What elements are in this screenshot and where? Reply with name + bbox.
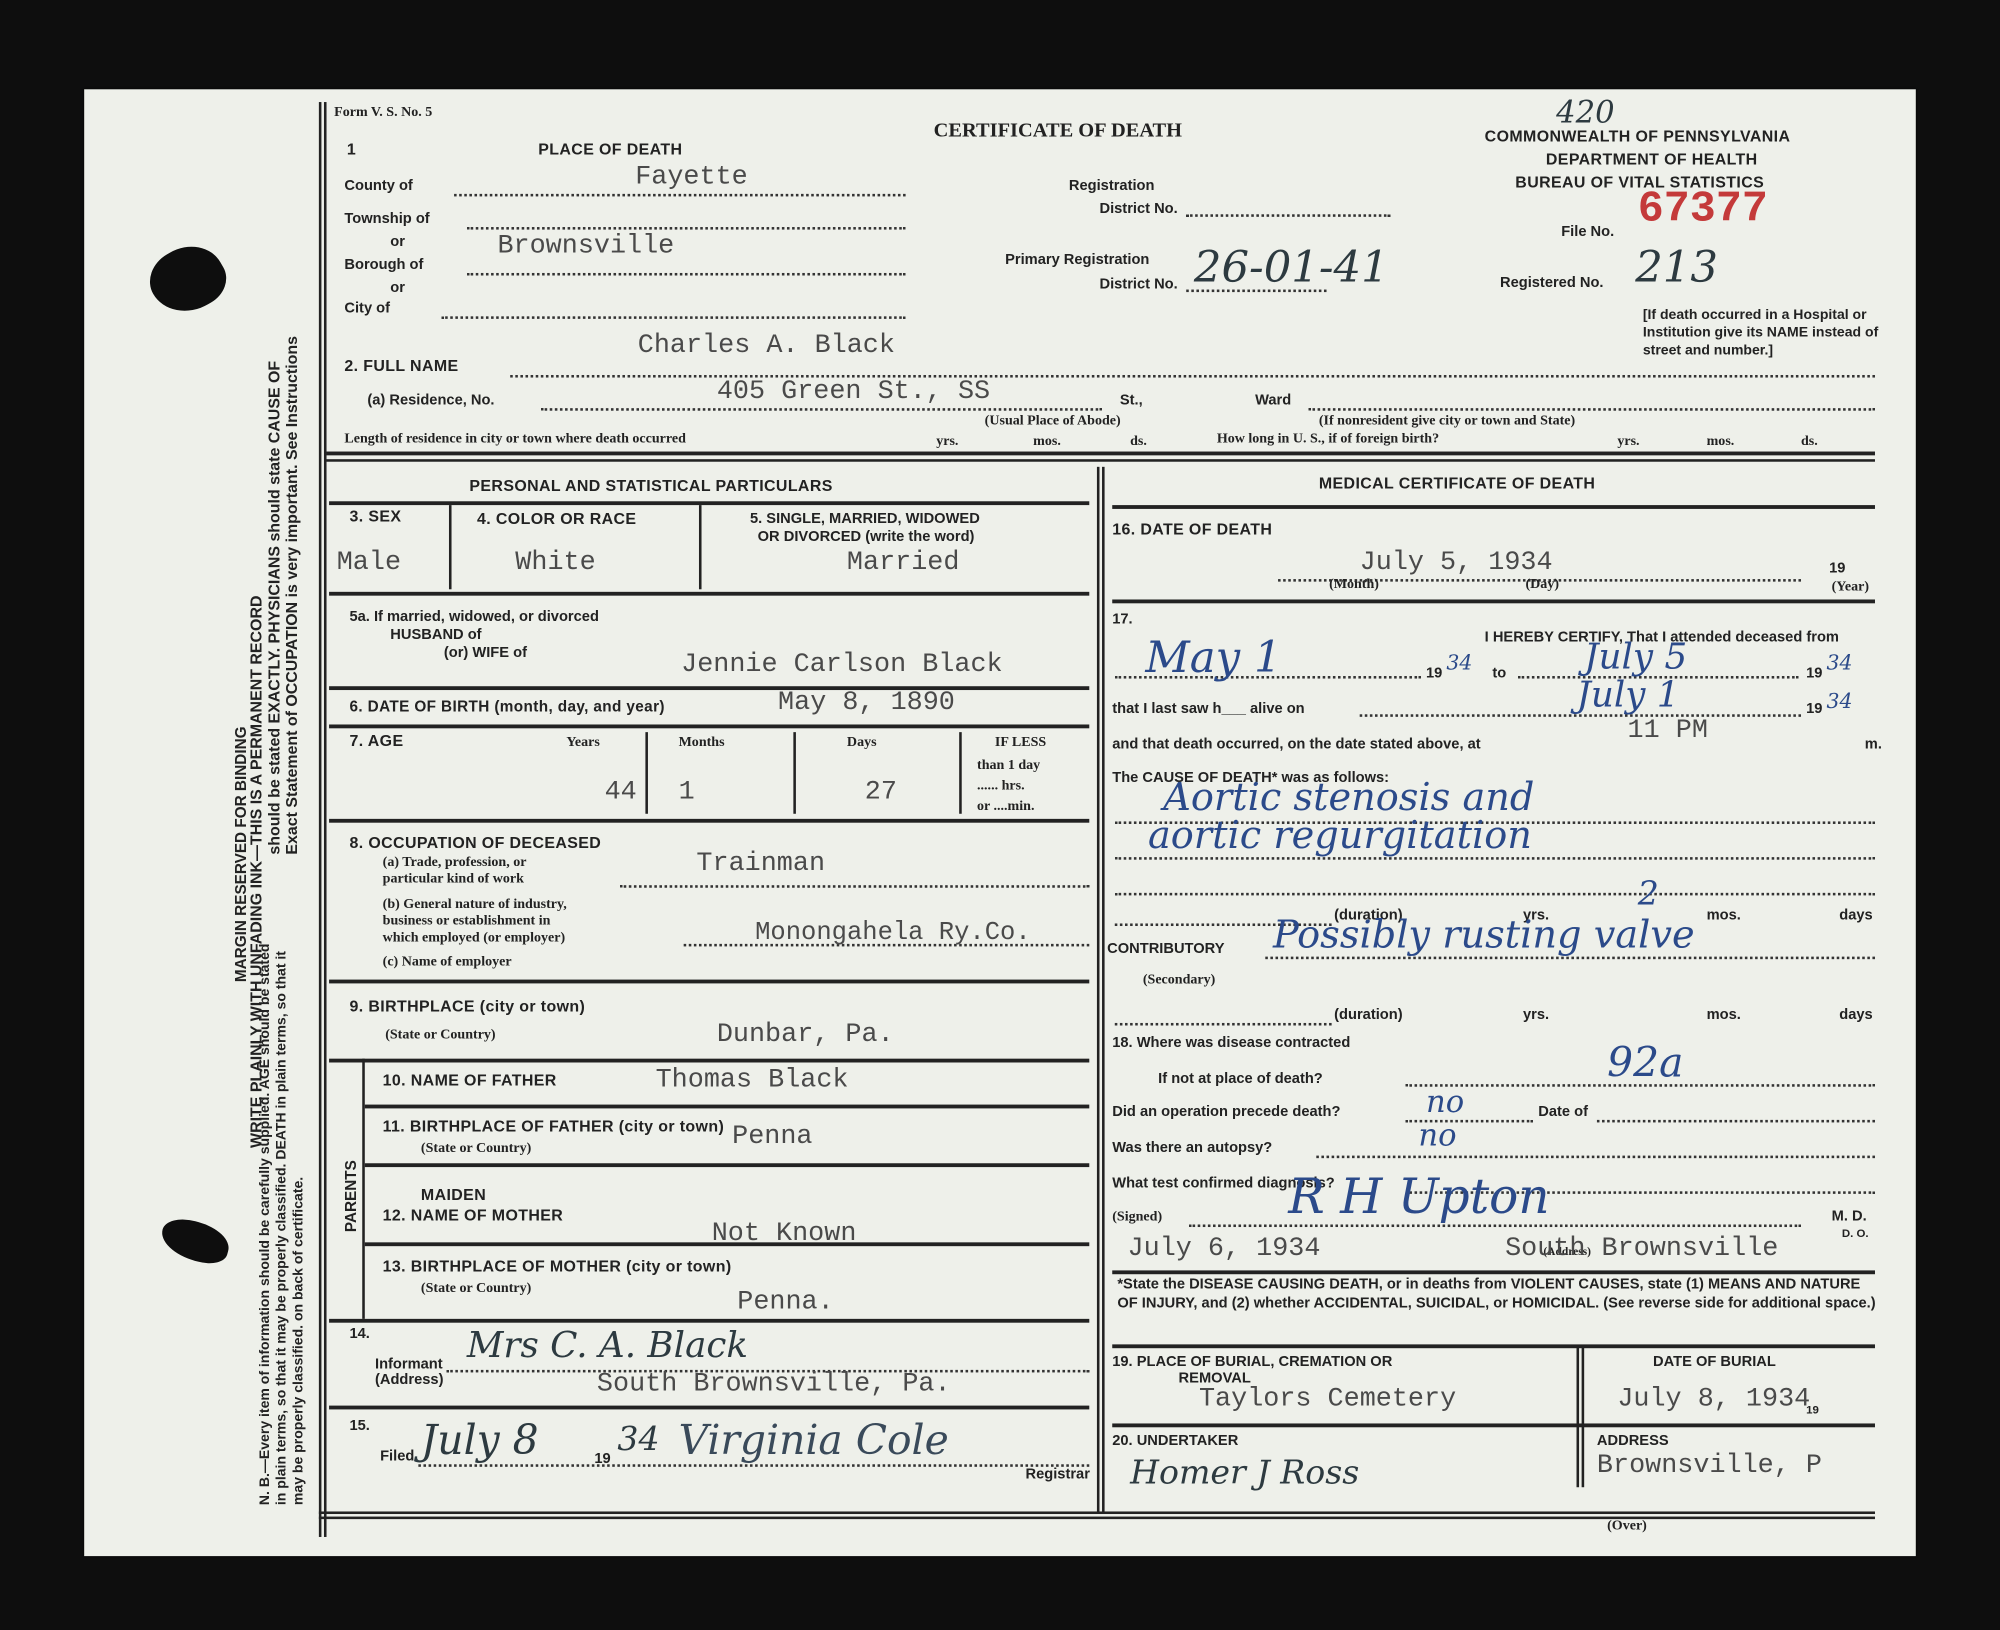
place-of-death-heading: PLACE OF DEATH xyxy=(538,140,682,158)
st-label: St., xyxy=(1120,393,1143,408)
from-19: 19 xyxy=(1426,666,1442,681)
father-value: Thomas Black xyxy=(656,1066,849,1095)
marital-label-1: 5. SINGLE, MARRIED, WIDOWED xyxy=(750,511,980,526)
to-19: 19 xyxy=(1806,666,1822,681)
month-label: (Month) xyxy=(1329,577,1379,592)
borough-label: Borough of xyxy=(344,258,423,273)
q18-sub: If not at place of death? xyxy=(1158,1071,1323,1086)
employer-value: Monongahela Ry.Co. xyxy=(755,918,1031,947)
primary-district-no: 26-01-41 xyxy=(1194,242,1389,293)
last-saw-19: 19 xyxy=(1806,702,1822,717)
age-days: 27 xyxy=(865,778,897,807)
marital-value: Married xyxy=(847,548,960,577)
primary-district-no-label: District No. xyxy=(1099,277,1177,292)
ds-label: ds. xyxy=(1130,434,1147,449)
burial-date: July 8, 1934 xyxy=(1617,1385,1810,1414)
dod-value: July 5, 1934 xyxy=(1360,548,1553,577)
length-residence-label: Length of residence in city or town wher… xyxy=(344,431,686,446)
residence-value: 405 Green St., SS xyxy=(717,378,990,407)
personal-heading: PERSONAL AND STATISTICAL PARTICULARS xyxy=(469,477,832,495)
registered-no-label: Registered No. xyxy=(1500,276,1604,291)
nonresident-note: (If nonresident give city or town and St… xyxy=(1319,413,1575,428)
filed-date: July 8 xyxy=(421,1416,539,1464)
spouse-label-1: 5a. If married, widowed, or divorced xyxy=(349,610,598,625)
father-label: 10. NAME OF FATHER xyxy=(383,1071,557,1089)
autopsy-value: no xyxy=(1418,1117,1456,1153)
sex-value: Male xyxy=(337,548,401,577)
dod-19: 19 xyxy=(1829,561,1845,576)
issuer-line2: DEPARTMENT OF HEALTH xyxy=(1546,151,1758,169)
year-label: (Year) xyxy=(1832,579,1869,594)
registered-no: 213 xyxy=(1635,242,1718,293)
primary-registration-label: Primary Registration xyxy=(1005,253,1149,268)
registration-label: Registration xyxy=(1069,179,1155,194)
hrs-label: ...... hrs. xyxy=(977,778,1025,793)
medical-heading: MEDICAL CERTIFICATE OF DEATH xyxy=(1319,474,1595,492)
death-time: 11 PM xyxy=(1628,717,1708,746)
ds-label-2: ds. xyxy=(1801,434,1818,449)
operation-label: Did an operation precede death? xyxy=(1112,1105,1340,1120)
q18-value: 92a xyxy=(1607,1038,1683,1086)
how-long-us-label: How long in U. S., if of foreign birth? xyxy=(1217,431,1439,446)
attended-to: July 5 xyxy=(1584,635,1687,677)
registrar-signature: Virginia Cole xyxy=(679,1416,949,1464)
last-saw-date: July 1 xyxy=(1577,673,1680,715)
occ-a-line2: particular kind of work xyxy=(383,871,524,886)
contributory-label: CONTRIBUTORY xyxy=(1107,941,1224,956)
years-label: Years xyxy=(566,735,600,750)
ward-label: Ward xyxy=(1255,393,1291,408)
md-label: M. D. xyxy=(1832,1209,1867,1224)
city-label: City of xyxy=(344,301,390,316)
county-label: County of xyxy=(344,179,412,194)
min-label: or ....min. xyxy=(977,798,1034,813)
occ-c-label: (c) Name of employer xyxy=(383,954,512,969)
file-no-label: File No. xyxy=(1561,224,1614,239)
parents-label: PARENTS xyxy=(342,1160,360,1232)
full-name-value: Charles A. Black xyxy=(638,332,895,361)
birthplace-value: Dunbar, Pa. xyxy=(717,1020,894,1049)
months-label: Months xyxy=(679,735,725,750)
undertaker-address: Brownsville, P xyxy=(1597,1452,1822,1481)
last-saw-label: that I last saw h___ alive on xyxy=(1112,702,1304,717)
father-birthplace-label: 11. BIRTHPLACE OF FATHER (city or town) xyxy=(383,1117,724,1135)
occupation-value: Trainman xyxy=(696,849,825,878)
spouse-label-3: (or) WIFE of xyxy=(444,645,527,660)
death-certificate: MARGIN RESERVED FOR BINDING WRITE PLAINL… xyxy=(84,89,1916,1556)
burial-19: 19 xyxy=(1806,1403,1819,1416)
to-label: to xyxy=(1492,666,1506,681)
spouse-value: Jennie Carlson Black xyxy=(681,651,1002,680)
or-label-1: or xyxy=(390,235,405,250)
attended-from: May 1 xyxy=(1145,633,1281,684)
occ-b-line3: which employed (or employer) xyxy=(383,930,566,945)
mother-birthplace-sub: (State or Country) xyxy=(421,1281,531,1296)
do-label: D. O. xyxy=(1842,1227,1869,1240)
occupation-label: 8. OCCUPATION OF DECEASED xyxy=(349,834,601,852)
issuer-line1: COMMONWEALTH OF PENNSYLVANIA xyxy=(1485,128,1791,146)
burial-label-2: REMOVAL xyxy=(1179,1371,1251,1386)
race-value: White xyxy=(515,548,595,577)
from-year: 34 xyxy=(1446,651,1472,675)
autopsy-label: Was there an autopsy? xyxy=(1112,1140,1272,1155)
dod-label: 16. DATE OF DEATH xyxy=(1112,520,1272,538)
duration-yrs-2: yrs. xyxy=(1523,1008,1549,1023)
filed-label: Filed xyxy=(380,1449,414,1464)
yrs-label-2: yrs. xyxy=(1617,434,1639,449)
day-label: (Day) xyxy=(1525,577,1559,592)
q18-label: 18. Where was disease contracted xyxy=(1112,1036,1350,1051)
certify-number: 17. xyxy=(1112,612,1132,627)
operation-value: no xyxy=(1426,1084,1464,1120)
duration-days: days xyxy=(1839,908,1872,923)
over-label: (Over) xyxy=(1607,1518,1647,1533)
mos-label-2: mos. xyxy=(1707,434,1735,449)
signer-address: South Brownsville xyxy=(1505,1235,1778,1264)
burial-date-label: DATE OF BURIAL xyxy=(1653,1355,1776,1370)
document-scan: MARGIN RESERVED FOR BINDING WRITE PLAINL… xyxy=(0,0,2000,1630)
sex-label: 3. SEX xyxy=(349,508,401,526)
if-less-label: IF LESS xyxy=(995,735,1046,750)
item-1-number: 1 xyxy=(347,140,356,158)
punch-hole xyxy=(140,233,236,325)
duration-days-2: days xyxy=(1839,1008,1872,1023)
margin-text-line3: Exact Statement of OCCUPATION is very im… xyxy=(283,336,301,855)
undertaker-address-label: ADDRESS xyxy=(1597,1434,1669,1449)
mother-birthplace-value: Penna. xyxy=(737,1288,833,1317)
father-birthplace-sub: (State or Country) xyxy=(421,1140,531,1155)
dob-label: 6. DATE OF BIRTH (month, day, and year) xyxy=(349,698,664,716)
margin-nb-text: N. B.—Every item of information should b… xyxy=(258,931,308,1505)
occ-b-line2: business or establishment in xyxy=(383,913,551,928)
punch-hole xyxy=(157,1214,233,1269)
dob-value: May 8, 1890 xyxy=(778,689,955,718)
borough-value: Brownsville xyxy=(497,232,674,261)
mother-birthplace-label: 13. BIRTHPLACE OF MOTHER (city or town) xyxy=(383,1258,732,1276)
occ-a-line1: (a) Trade, profession, or xyxy=(383,855,527,870)
mother-maiden-label: MAIDEN xyxy=(421,1186,486,1204)
contributory-value: Possibly rusting valve xyxy=(1273,913,1695,958)
than-1-day-label: than 1 day xyxy=(977,758,1040,773)
days-label: Days xyxy=(847,735,877,750)
occurred-label: and that death occurred, on the date sta… xyxy=(1112,737,1480,752)
hospital-note: [If death occurred in a Hospital or Inst… xyxy=(1643,306,1880,360)
residence-label: (a) Residence, No. xyxy=(367,393,494,408)
signed-label: (Signed) xyxy=(1112,1209,1162,1224)
burial-place: Taylors Cemetery xyxy=(1199,1385,1456,1414)
handwritten-ref-number: 420 xyxy=(1556,94,1614,130)
age-label: 7. AGE xyxy=(349,732,403,750)
race-label: 4. COLOR OR RACE xyxy=(477,510,636,528)
informant-signature: Mrs C. A. Black xyxy=(467,1324,748,1366)
last-saw-year: 34 xyxy=(1827,689,1853,713)
or-label-2: or xyxy=(390,281,405,296)
undertaker-label: 20. UNDERTAKER xyxy=(1112,1434,1238,1449)
physician-signature: R H Upton xyxy=(1288,1168,1549,1224)
undertaker-signature: Homer J Ross xyxy=(1130,1454,1359,1492)
yrs-label: yrs. xyxy=(936,434,958,449)
registrar-label: Registrar xyxy=(1026,1467,1090,1482)
usual-place-label: (Usual Place of Abode) xyxy=(985,413,1121,428)
informant-address-label: (Address) xyxy=(375,1372,443,1387)
informant-number: 14. xyxy=(349,1327,369,1342)
district-no-label: District No. xyxy=(1099,202,1177,217)
mother-label: 12. NAME OF MOTHER xyxy=(383,1207,564,1225)
duration-label-2: (duration) xyxy=(1334,1008,1402,1023)
duration-mos: mos. xyxy=(1707,908,1741,923)
township-label: Township of xyxy=(344,212,429,227)
occ-b-line1: (b) General nature of industry, xyxy=(383,897,567,912)
county-value: Fayette xyxy=(635,163,748,192)
cause-line2: aortic regurgitation xyxy=(1148,814,1532,859)
filed-year: 34 xyxy=(617,1421,659,1459)
date-of-label: Date of xyxy=(1538,1105,1588,1120)
m-label: m. xyxy=(1865,737,1882,752)
mos-label: mos. xyxy=(1033,434,1061,449)
margin-text-line2: should be stated EXACTLY. PHYSICIANS sho… xyxy=(265,361,283,855)
marital-label-2: OR DIVORCED (write the word) xyxy=(758,529,975,544)
birthplace-label: 9. BIRTHPLACE (city or town) xyxy=(349,997,585,1015)
secondary-label: (Secondary) xyxy=(1143,972,1215,987)
duration-months: 2 xyxy=(1638,875,1659,913)
spouse-label-2: HUSBAND of xyxy=(390,628,481,643)
age-months: 1 xyxy=(679,778,695,807)
certificate-title: CERTIFICATE OF DEATH xyxy=(934,120,1182,143)
age-years: 44 xyxy=(605,778,637,807)
to-year: 34 xyxy=(1827,651,1853,675)
filed-19: 19 xyxy=(594,1452,610,1467)
form-number: Form V. S. No. 5 xyxy=(334,105,432,120)
signed-date: July 6, 1934 xyxy=(1128,1235,1321,1264)
filed-number: 15. xyxy=(349,1418,369,1433)
father-birthplace-value: Penna xyxy=(732,1122,812,1151)
birthplace-sub: (State or Country) xyxy=(385,1027,495,1042)
file-no: 67377 xyxy=(1638,186,1768,234)
informant-address: South Brownsville, Pa. xyxy=(597,1370,951,1399)
informant-label: Informant xyxy=(375,1357,443,1372)
footnote: *State the DISEASE CAUSING DEATH, or in … xyxy=(1117,1276,1877,1314)
burial-label-1: 19. PLACE OF BURIAL, CREMATION OR xyxy=(1112,1355,1392,1370)
full-name-label: 2. FULL NAME xyxy=(344,357,458,375)
duration-mos-2: mos. xyxy=(1707,1008,1741,1023)
